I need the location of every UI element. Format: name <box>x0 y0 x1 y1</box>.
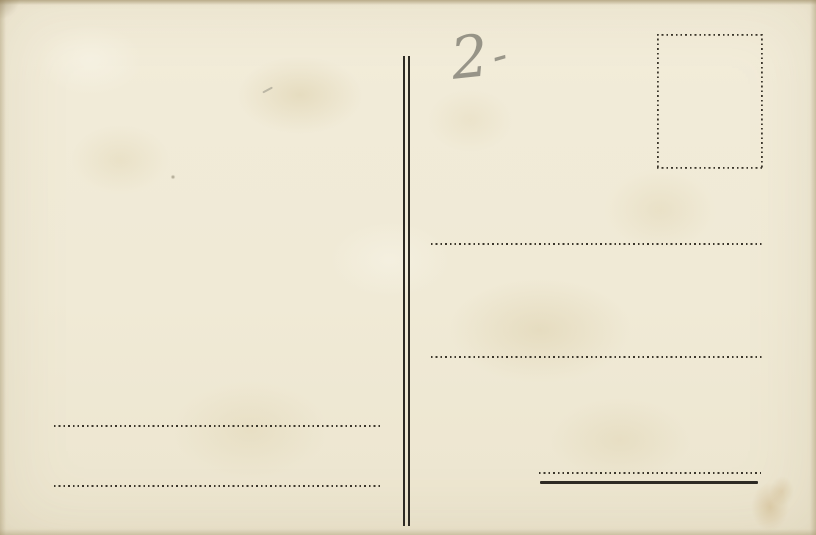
message-line-2 <box>54 485 380 487</box>
handwritten-price-digit: 2 <box>448 26 491 88</box>
stain-mark <box>730 465 810 535</box>
postcard-scan: 2 - <box>0 0 816 535</box>
address-line-1 <box>431 243 763 245</box>
signature-dotted-line <box>539 472 761 474</box>
address-line-2 <box>431 356 763 358</box>
postcard-sheet: 2 - <box>0 0 816 535</box>
signature-solid-line <box>540 481 758 484</box>
stamp-box <box>657 34 763 169</box>
center-divider-rule <box>403 56 410 526</box>
pencil-slash-mark <box>262 87 272 94</box>
message-line-1 <box>54 425 380 427</box>
handwritten-price-dash: - <box>486 33 512 79</box>
